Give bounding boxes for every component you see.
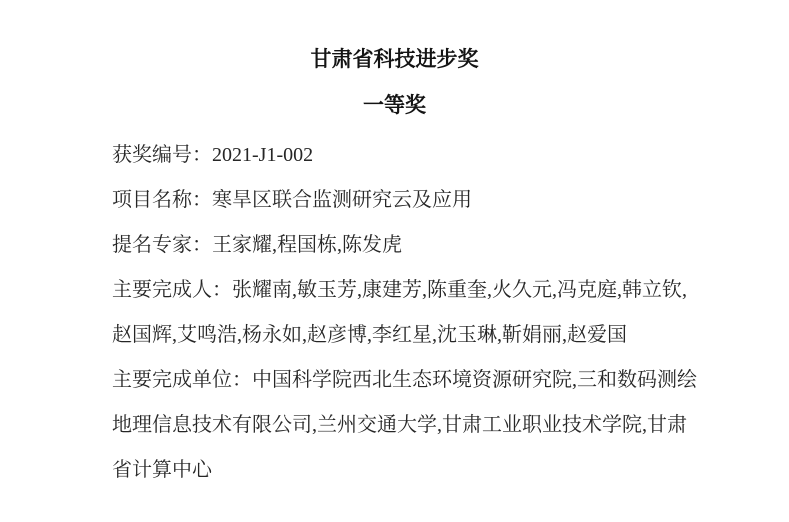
field-main-contributors: 主要完成人：张耀南,敏玉芳,康建芳,陈重奎,火久元,冯克庭,韩立钦,赵国辉,艾鸣… — [112, 268, 704, 358]
field-separator: ： — [212, 279, 232, 301]
field-separator: ： — [232, 369, 252, 391]
document-page: 甘肃省科技进步奖 一等奖 获奖编号：2021-J1-002 项目名称：寒旱区联合… — [0, 0, 789, 522]
field-nominating-experts: 提名专家：王家耀,程国栋,陈发虎 — [112, 223, 704, 268]
field-value: 王家耀,程国栋,陈发虎 — [212, 234, 402, 256]
document-body: 获奖编号：2021-J1-002 项目名称：寒旱区联合监测研究云及应用 提名专家… — [112, 133, 704, 493]
award-level-heading: 一等奖 — [0, 93, 789, 119]
field-project-name: 项目名称：寒旱区联合监测研究云及应用 — [112, 178, 704, 223]
field-value: 2021-J1-002 — [212, 144, 313, 166]
field-label: 项目名称 — [112, 189, 192, 211]
document-title: 甘肃省科技进步奖 — [0, 47, 789, 73]
field-label: 主要完成单位 — [112, 369, 232, 391]
field-label: 主要完成人 — [112, 279, 212, 301]
field-value: 寒旱区联合监测研究云及应用 — [212, 189, 472, 211]
field-award-number: 获奖编号：2021-J1-002 — [112, 133, 704, 178]
field-separator: ： — [192, 234, 212, 256]
field-label: 提名专家 — [112, 234, 192, 256]
field-main-organizations: 主要完成单位：中国科学院西北生态环境资源研究院,三和数码测绘地理信息技术有限公司… — [112, 358, 704, 493]
field-separator: ： — [192, 189, 212, 211]
field-separator: ： — [192, 144, 212, 166]
field-label: 获奖编号 — [112, 144, 192, 166]
